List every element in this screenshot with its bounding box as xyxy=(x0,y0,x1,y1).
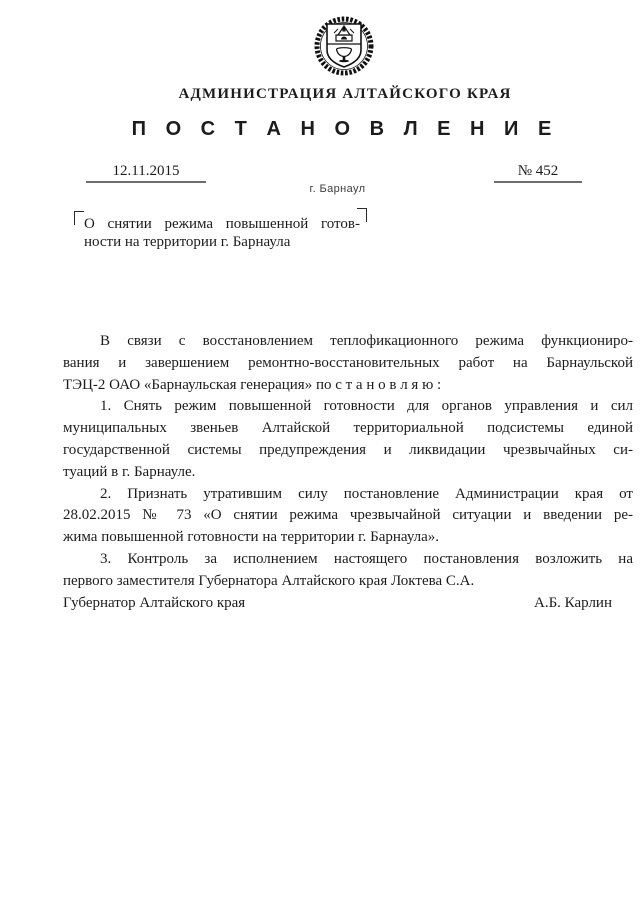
body-line: 2. Признать утратившим силу постановлени… xyxy=(63,484,633,506)
body-line: муниципальных звеньев Алтайской территор… xyxy=(63,418,633,440)
body-line: туаций в г. Барнауле. xyxy=(63,462,633,484)
document-type-title: П О С Т А Н О В Л Е Н И Е xyxy=(50,118,640,141)
body-line: жима повышенной готовности на территории… xyxy=(63,527,633,549)
organization-name: АДМИНИСТРАЦИЯ АЛТАЙСКОГО КРАЯ xyxy=(50,86,640,103)
subject-corner-mark-left xyxy=(74,211,84,225)
signature-row: Губернатор Алтайского края А.Б. Карлин xyxy=(63,595,612,612)
body-line: вания и завершением ремонтно-восстановит… xyxy=(63,353,633,375)
body-line: ТЭЦ-2 ОАО «Барнаульская генерация» по с … xyxy=(63,375,633,397)
body-line: государственной системы предупреждения и… xyxy=(63,440,633,462)
body-line: В связи с восстановлением теплофикационн… xyxy=(63,331,633,353)
body-line: 28.02.2015 № 73 «О снятии режима чрезвыч… xyxy=(63,505,633,527)
subject-line: О снятии режима повышенной готов- xyxy=(84,216,360,234)
document-date: 12.11.2015 xyxy=(86,163,206,183)
signer-name: А.Б. Карлин xyxy=(534,595,612,612)
document-number: № 452 xyxy=(494,163,582,183)
body-line: первого заместителя Губернатора Алтайско… xyxy=(63,571,633,593)
signer-title: Губернатор Алтайского края xyxy=(63,595,245,612)
document-city: г. Барнаул xyxy=(30,183,640,195)
body-line: 3. Контроль за исполнением настоящего по… xyxy=(63,549,633,571)
subject-lines: О снятии режима повышенной готов-ности н… xyxy=(84,216,360,251)
decree-document-page: АДМИНИСТРАЦИЯ АЛТАЙСКОГО КРАЯ П О С Т А … xyxy=(0,0,640,905)
document-body: В связи с восстановлением теплофикационн… xyxy=(63,331,633,593)
body-line: 1. Снять режим повышенной готовности для… xyxy=(63,396,633,418)
subject-line: ности на территории г. Барнаула xyxy=(84,234,360,252)
altai-krai-coat-of-arms-icon xyxy=(312,13,376,77)
